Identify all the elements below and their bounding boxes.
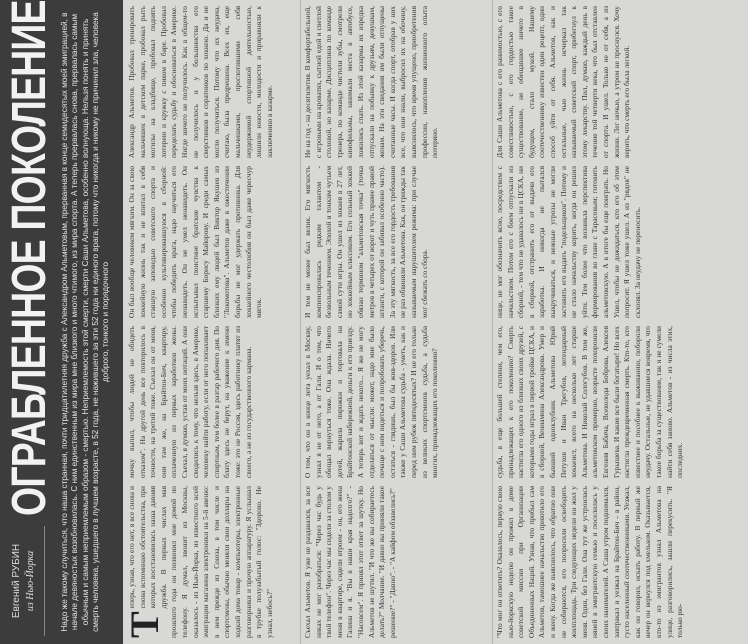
- text-column: Александр Альметов. Пробовал тренировать…: [127, 6, 299, 158]
- text-column: нице, не мог обозначить ясно, посредство…: [495, 166, 745, 318]
- newspaper-page: Евгений РУБИН из Нью-Йорка ОГРАБЛЕННОЕ П…: [0, 0, 748, 644]
- text-column: Он был вообще человеком мягким. Он за св…: [127, 166, 299, 318]
- text-column: Съехал Альметов. Я уже не раздавался, за…: [303, 486, 491, 638]
- text-column: мочку выпил, чтобы людей не обидеть отка…: [127, 326, 299, 478]
- article-lead: Надо же такому случиться, что наша стран…: [60, 8, 111, 636]
- article-header: Евгений РУБИН из Нью-Йорка ОГРАБЛЕННОЕ П…: [0, 0, 123, 644]
- text-column: Для Саши Альметова с его ранимостью, с е…: [495, 6, 745, 158]
- text-column: И тем не менее был велик. Его мягкость к…: [303, 166, 491, 318]
- text-tier-2: Съехал Альметов. Я уже не раздавался, за…: [303, 0, 491, 644]
- article-body: Теперь, узнав, что его нет, я все снова …: [123, 0, 748, 644]
- column-divider: [492, 0, 493, 644]
- author-location: из Нью-Йорка: [24, 526, 38, 636]
- text-tier-3: "Что мог он ответить? Оказалось, первую …: [495, 0, 745, 644]
- text-column: Не на год - на десятилетия. В комфортабе…: [303, 6, 491, 158]
- byline: Евгений РУБИН из Нью-Йорка: [10, 526, 45, 636]
- text-column: "Что мог он ответить? Оказалось, первую …: [495, 486, 745, 638]
- article-title: ОГРАБЛЕННОЕ ПОКОЛЕНИЕ: [2, 118, 58, 516]
- text-tier-1: Теперь, узнав, что его нет, я все снова …: [127, 0, 299, 644]
- column-divider: [300, 0, 301, 644]
- text-column: О том, что он в конце лета уехал в Москв…: [303, 326, 491, 478]
- author-name: Евгений РУБИН: [10, 526, 24, 636]
- text-column: Теперь, узнав, что его нет, я все снова …: [127, 486, 299, 638]
- drop-cap: Т: [129, 611, 161, 638]
- text-column: судьба, в еще большей степени, чем его, …: [495, 326, 745, 478]
